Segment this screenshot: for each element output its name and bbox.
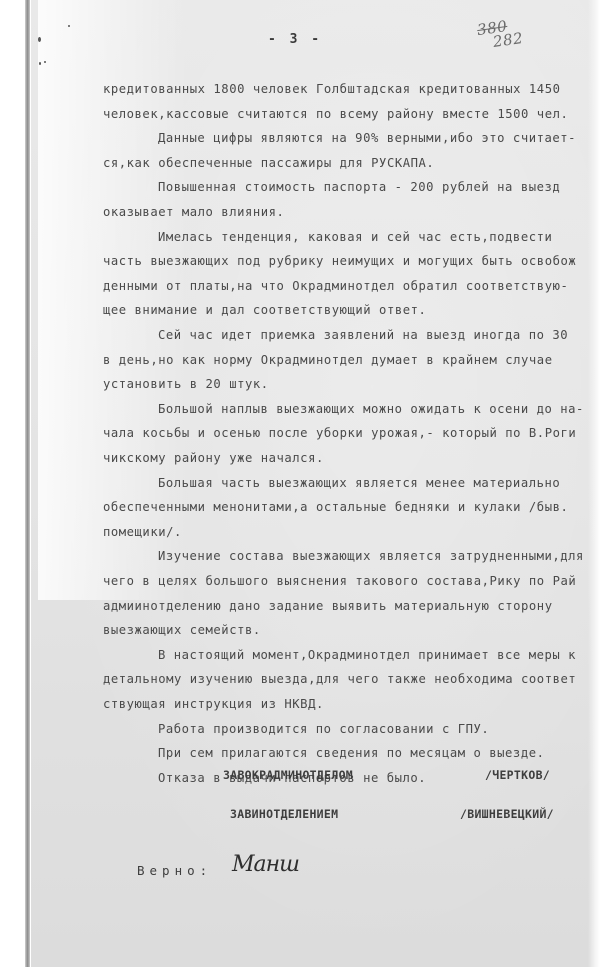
text-line: чего в целях большого выяснения такового… (103, 574, 576, 588)
archive-number-new: 282 (492, 31, 524, 49)
text-line: Изучение состава выезжающих является зат… (158, 549, 584, 563)
text-line: ствующая инструкция из НКВД. (103, 697, 324, 711)
text-line: человек,кассовые считаются по всему райо… (103, 107, 568, 121)
text-line: чикскому району уже начался. (103, 451, 324, 465)
text-line: Сей час идет приемка заявлений на выезд … (158, 328, 568, 342)
text-line: чала косьбы и осенью после уборки урожая… (103, 426, 576, 440)
certification-label: Верно: (137, 863, 212, 878)
text-line: Большая часть выезжающих является менее … (158, 476, 560, 490)
text-line: При сем прилагаются сведения по месяцам … (158, 746, 545, 760)
text-line: оказывает мало влияния. (103, 205, 284, 219)
page-number: - 3 - (268, 32, 322, 47)
handwritten-signature: Манш (232, 852, 299, 877)
text-line: обеспеченными менонитами,а остальные бед… (103, 500, 568, 514)
text-line: детальному изучению выезда,для чего такж… (103, 672, 576, 686)
text-line: Повышенная стоимость паспорта - 200 рубл… (158, 180, 560, 194)
text-line: В настоящий момент,Окрадминотдел принима… (158, 648, 576, 662)
text-line: в день,но как норму Окрадминотдел думает… (103, 353, 553, 367)
text-line: адмиинотделению дано задание выявить мат… (103, 599, 553, 613)
text-line: Имелась тенденция, каковая и сей час ест… (158, 230, 552, 244)
text-line: часть выезжающих под рубрику неимущих и … (103, 254, 576, 268)
text-line: помещики/. (103, 525, 182, 539)
archive-folio-number: 380 282 (476, 17, 524, 51)
signature-title-2: ЗАВИНОТДЕЛЕНИЕМ (230, 807, 338, 821)
text-line: выезжающих семейств. (103, 623, 261, 637)
text-line: денными от платы,на что Окрадминотдел об… (103, 279, 568, 293)
text-line: кредитованных 1800 человек Голбштадская … (103, 82, 560, 96)
signature-title-1: ЗАВОКРАДМИНОТДЕЛОМ (223, 768, 353, 782)
text-line: ся,как обеспеченные пассажиры для РУСКАП… (103, 156, 434, 170)
text-line: Большой наплыв выезжающих можно ожидать … (158, 402, 584, 416)
signature-name-2: /ВИШНЕВЕЦКИЙ/ (460, 807, 554, 821)
signature-name-1: /ЧЕРТКОВ/ (485, 768, 550, 782)
scanned-page: - 3 - 380 282 кредитованных 1800 человек… (0, 0, 600, 967)
document-body: - 3 - 380 282 кредитованных 1800 человек… (0, 0, 600, 967)
text-line: щее внимание и дал соответствующий ответ… (103, 303, 426, 317)
text-line: установить в 20 штук. (103, 377, 269, 391)
text-line: Работа производится по согласовании с ГП… (158, 722, 489, 736)
text-line: Данные цифры являются на 90% верными,ибо… (158, 131, 576, 145)
